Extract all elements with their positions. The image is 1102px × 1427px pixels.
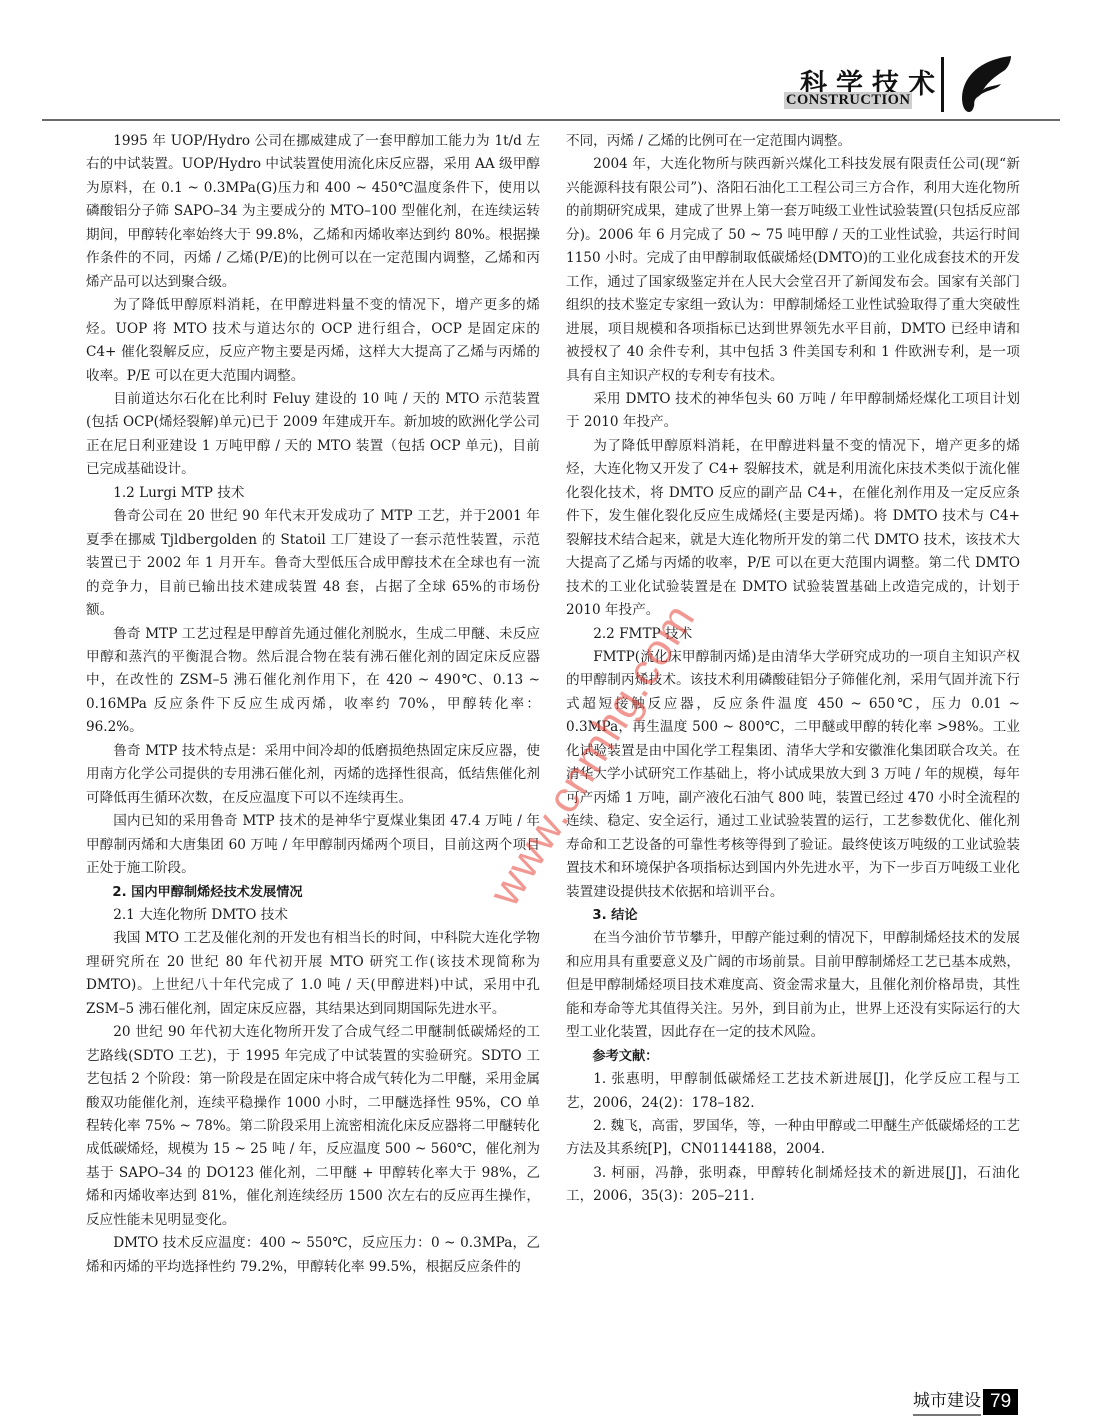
journal-name: 城市建设	[913, 1389, 981, 1416]
section-heading: 1.2 Lurgi MTP 技术	[86, 482, 540, 505]
paragraph: 鲁奇公司在 20 世纪 90 年代末开发成功了 MTP 工艺，并于2001 年夏…	[86, 505, 540, 622]
reference-item: 2. 魏飞，高雷，罗国华，等，一种由甲醇或二甲醚生产低碳烯烃的工艺方法及其系统[…	[566, 1115, 1020, 1162]
paragraph: 在当今油价节节攀升，甲醇产能过剩的情况下，甲醇制烯烃技术的发展和应用具有重要意义…	[566, 927, 1020, 1044]
paragraph: 为了降低甲醇原料消耗，在甲醇进料量不变的情况下，增产更多的烯烃，大连化物又开发了…	[566, 435, 1020, 623]
paragraph: 鲁奇 MTP 工艺过程是甲醇首先通过催化剂脱水，生成二甲醚、未反应甲醇和蒸汽的平…	[86, 623, 540, 740]
paragraph: 目前道达尔石化在比利时 Feluy 建设的 10 吨 / 天的 MTO 示范装置…	[86, 388, 540, 482]
paragraph: 2004 年，大连化物所与陕西新兴煤化工科技发展有限责任公司(现“新兴能源科技有…	[566, 153, 1020, 388]
brand-title-en: CONSTRUCTION	[784, 92, 912, 109]
left-column: 1995 年 UOP/Hydro 公司在挪威建成了一套甲醇加工能力为 1t/d …	[86, 130, 540, 1279]
section-heading: 3. 结论	[566, 904, 1020, 927]
reference-item: 3. 柯丽，冯静，张明森，甲醇转化制烯烃技术的新进展[J]，石油化工，2006，…	[566, 1162, 1020, 1209]
paragraph: 采用 DMTO 技术的神华包头 60 万吨 / 年甲醇制烯烃煤化工项目计划于 2…	[566, 388, 1020, 435]
header-rule	[42, 119, 1060, 121]
section-heading: 2.1 大连化物所 DMTO 技术	[86, 904, 540, 927]
page-footer: 城市建设 79	[913, 1387, 1018, 1417]
paragraph: 1995 年 UOP/Hydro 公司在挪威建成了一套甲醇加工能力为 1t/d …	[86, 130, 540, 294]
paragraph-continuation: 不同，丙烯 / 乙烯的比例可在一定范围内调整。	[566, 130, 1020, 153]
page-header: 科学技术 CONSTRUCTION	[0, 0, 1102, 130]
page-number: 79	[983, 1389, 1018, 1415]
paragraph: 国内已知的采用鲁奇 MTP 技术的是神华宁夏煤业集团 47.4 万吨 / 年甲醇…	[86, 810, 540, 880]
paragraph: 20 世纪 90 年代初大连化物所开发了合成气经二甲醚制低碳烯烃的工艺路线(SD…	[86, 1021, 540, 1232]
leaf-logo-icon	[955, 54, 1015, 114]
paragraph: DMTO 技术反应温度：400 ~ 550℃，反应压力：0 ~ 0.3MPa，乙…	[86, 1232, 540, 1279]
paragraph: 为了降低甲醇原料消耗，在甲醇进料量不变的情况下，增产更多的烯烃。UOP 将 MT…	[86, 294, 540, 388]
reference-item: 1. 张惠明，甲醇制低碳烯烃工艺技术新进展[J]，化学反应工程与工艺，2006，…	[566, 1068, 1020, 1115]
paragraph: 我国 MTO 工艺及催化剂的开发也有相当长的时间，中科院大连化学物理研究所在 2…	[86, 927, 540, 1021]
section-heading: 2. 国内甲醇制烯烃技术发展情况	[86, 881, 540, 904]
brand-divider	[941, 57, 944, 112]
references-heading: 参考文献：	[566, 1045, 1020, 1068]
paragraph: 鲁奇 MTP 技术特点是：采用中间冷却的低磨损绝热固定床反应器，使用南方化学公司…	[86, 740, 540, 810]
